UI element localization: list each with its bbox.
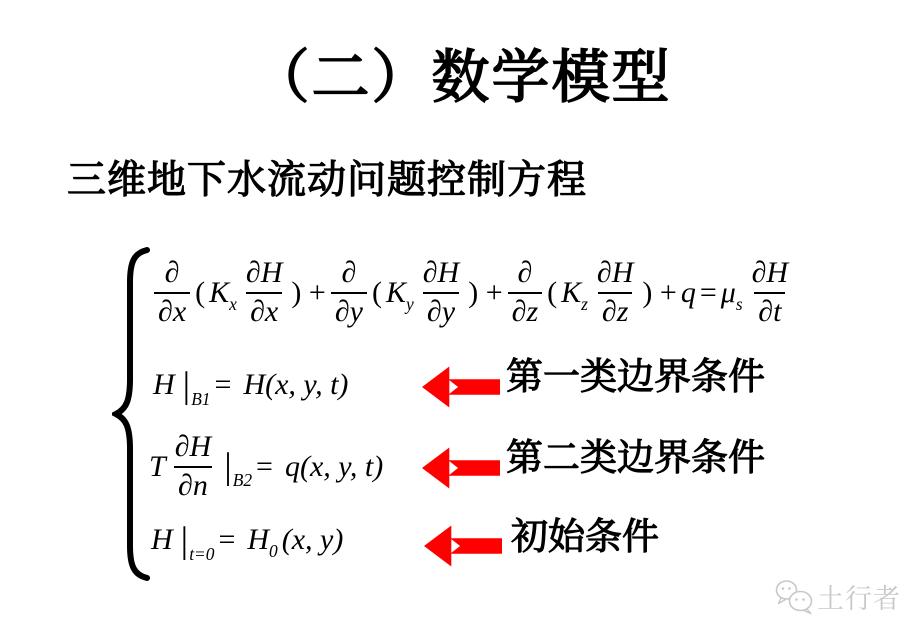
wechat-logo-icon [774,579,814,615]
open-paren: ( [547,276,557,310]
ic-label: 初始条件 [511,515,659,561]
variable-H: H [153,368,175,402]
subtitle: 三维地下水流动问题控制方程 [67,149,587,205]
numerator: ∂H [242,256,287,292]
evaluated-at: |t=0 [177,519,215,562]
equals-sign: = [215,368,232,402]
subscript: x [229,293,237,313]
equation-bc1: H |B1 = H(x, y, t) [151,363,350,407]
denominator: ∂z [598,292,633,330]
variable-Kz: Kz [561,276,588,310]
close-paren-plus: ) + [642,276,676,310]
numerator: ∂H [593,256,638,292]
fraction: ∂H ∂y [419,256,464,329]
subscript: y [406,293,414,313]
vertical-bar: | [220,446,233,487]
subscript-B1: B1 [191,388,210,408]
denominator: ∂x [246,292,282,330]
close-paren-plus: ) + [291,276,325,310]
page-title: （二）数学模型 [0,30,923,114]
equals-sign: = [700,276,717,310]
numerator: ∂H [748,256,793,292]
denominator: ∂n [174,466,212,504]
fraction: ∂H ∂z [593,256,638,329]
close-paren-plus: ) + [468,276,502,310]
fraction: ∂H ∂n [171,430,216,503]
evaluated-at: |B2 [220,445,252,488]
denominator: ∂x [154,292,190,330]
rhs-expression: H(x, y, t) [243,368,348,402]
rhs-expression: (x, y) [282,523,344,557]
variable: H [247,523,269,556]
denominator: ∂z [508,292,543,330]
watermark-text: 土行者 [817,577,901,616]
fraction: ∂H ∂x [242,256,287,329]
denominator: ∂y [423,292,459,330]
subscript-t0: t=0 [189,543,214,563]
variable: μ [721,276,736,309]
equation-ic: H |t=0 = H0 (x, y) [149,514,345,566]
variable-Kx: Kx [209,276,237,310]
red-arrow-icon [422,364,500,410]
slide: （二）数学模型 三维地下水流动问题控制方程 ∂ ∂x ( Kx ∂H ∂x ) … [0,0,923,633]
numerator: ∂ [513,256,536,292]
subscript: z [581,293,588,313]
rhs-expression: q(x, y, t) [285,450,383,484]
variable-T: T [149,450,166,484]
numerator: ∂H [171,430,216,466]
bc2-label: 第二类边界条件 [506,436,765,482]
fraction: ∂H ∂t [748,256,793,329]
open-paren: ( [195,276,205,310]
watermark: 土行者 [774,577,901,616]
open-paren: ( [372,276,382,310]
variable-mu-s: μs [721,276,743,310]
denominator: ∂y [331,292,367,330]
equals-sign: = [218,523,235,557]
numerator: ∂ [161,256,184,292]
curly-brace-icon [112,246,152,582]
red-arrow-icon [422,445,500,491]
subscript-B2: B2 [233,470,252,490]
subscript-0: 0 [269,541,278,561]
evaluated-at: |B1 [179,364,211,407]
fraction: ∂ ∂y [331,256,367,329]
equation-bc2: T ∂H ∂n |B2 = q(x, y, t) [147,430,385,503]
vertical-bar: | [177,520,190,561]
variable: K [209,276,229,309]
variable-H0: H0 [247,523,277,557]
red-arrow-icon [424,523,502,569]
variable-Ky: Ky [386,276,414,310]
variable-H: H [151,523,173,557]
vertical-bar: | [179,365,192,406]
numerator: ∂H [419,256,464,292]
variable: K [561,276,581,309]
variable: K [386,276,406,309]
subscript: s [736,293,743,313]
fraction: ∂ ∂z [508,256,543,329]
fraction: ∂ ∂x [154,256,190,329]
equals-sign: = [256,450,273,484]
equation-pde: ∂ ∂x ( Kx ∂H ∂x ) + ∂ ∂y ( Ky ∂H ∂y ) + … [151,256,795,329]
denominator: ∂t [754,292,785,330]
bc1-label: 第一类边界条件 [506,355,765,401]
variable-q: q [681,276,696,310]
numerator: ∂ [337,256,360,292]
